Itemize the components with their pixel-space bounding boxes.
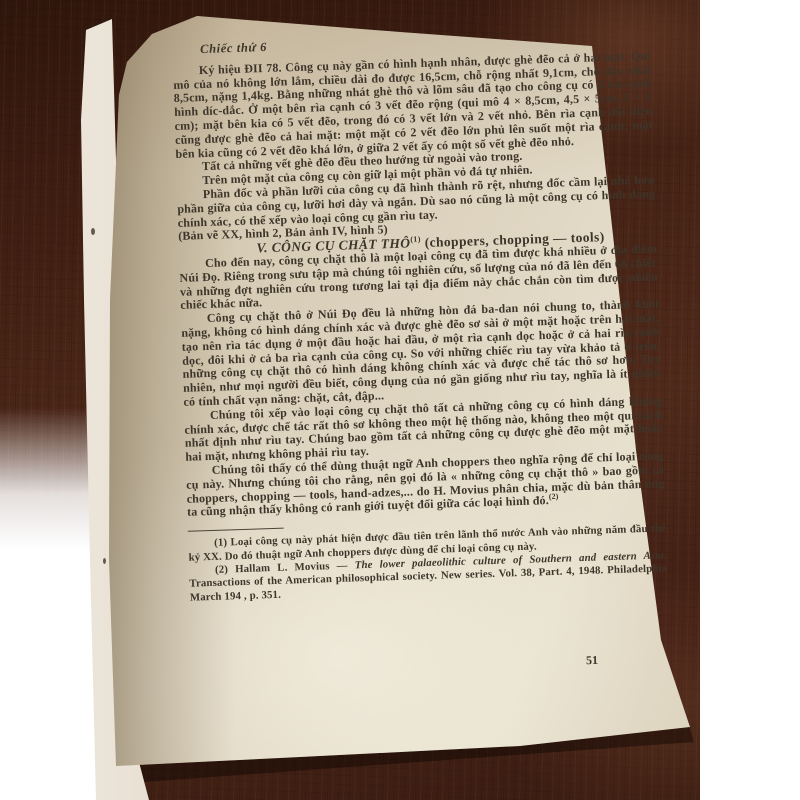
paragraph: Công cụ chặt thô ở Núi Đọ đều là những h…: [181, 298, 662, 410]
footnote-rule: [188, 528, 284, 532]
binding-stitch-hole: [91, 228, 95, 235]
paragraph: Ký hiệu ĐII 78. Công cụ này gần có hình …: [173, 49, 654, 161]
light-reflection: [0, 408, 99, 800]
footnote-marker: (2): [549, 492, 559, 501]
wood-table-background: Chiếc thứ 6 Ký hiệu ĐII 78. Công cụ này …: [0, 0, 700, 800]
binding-stitch-hole: [103, 558, 106, 564]
page-text-block: Chiếc thứ 6 Ký hiệu ĐII 78. Công cụ này …: [172, 29, 668, 605]
page-number: 51: [586, 653, 599, 668]
